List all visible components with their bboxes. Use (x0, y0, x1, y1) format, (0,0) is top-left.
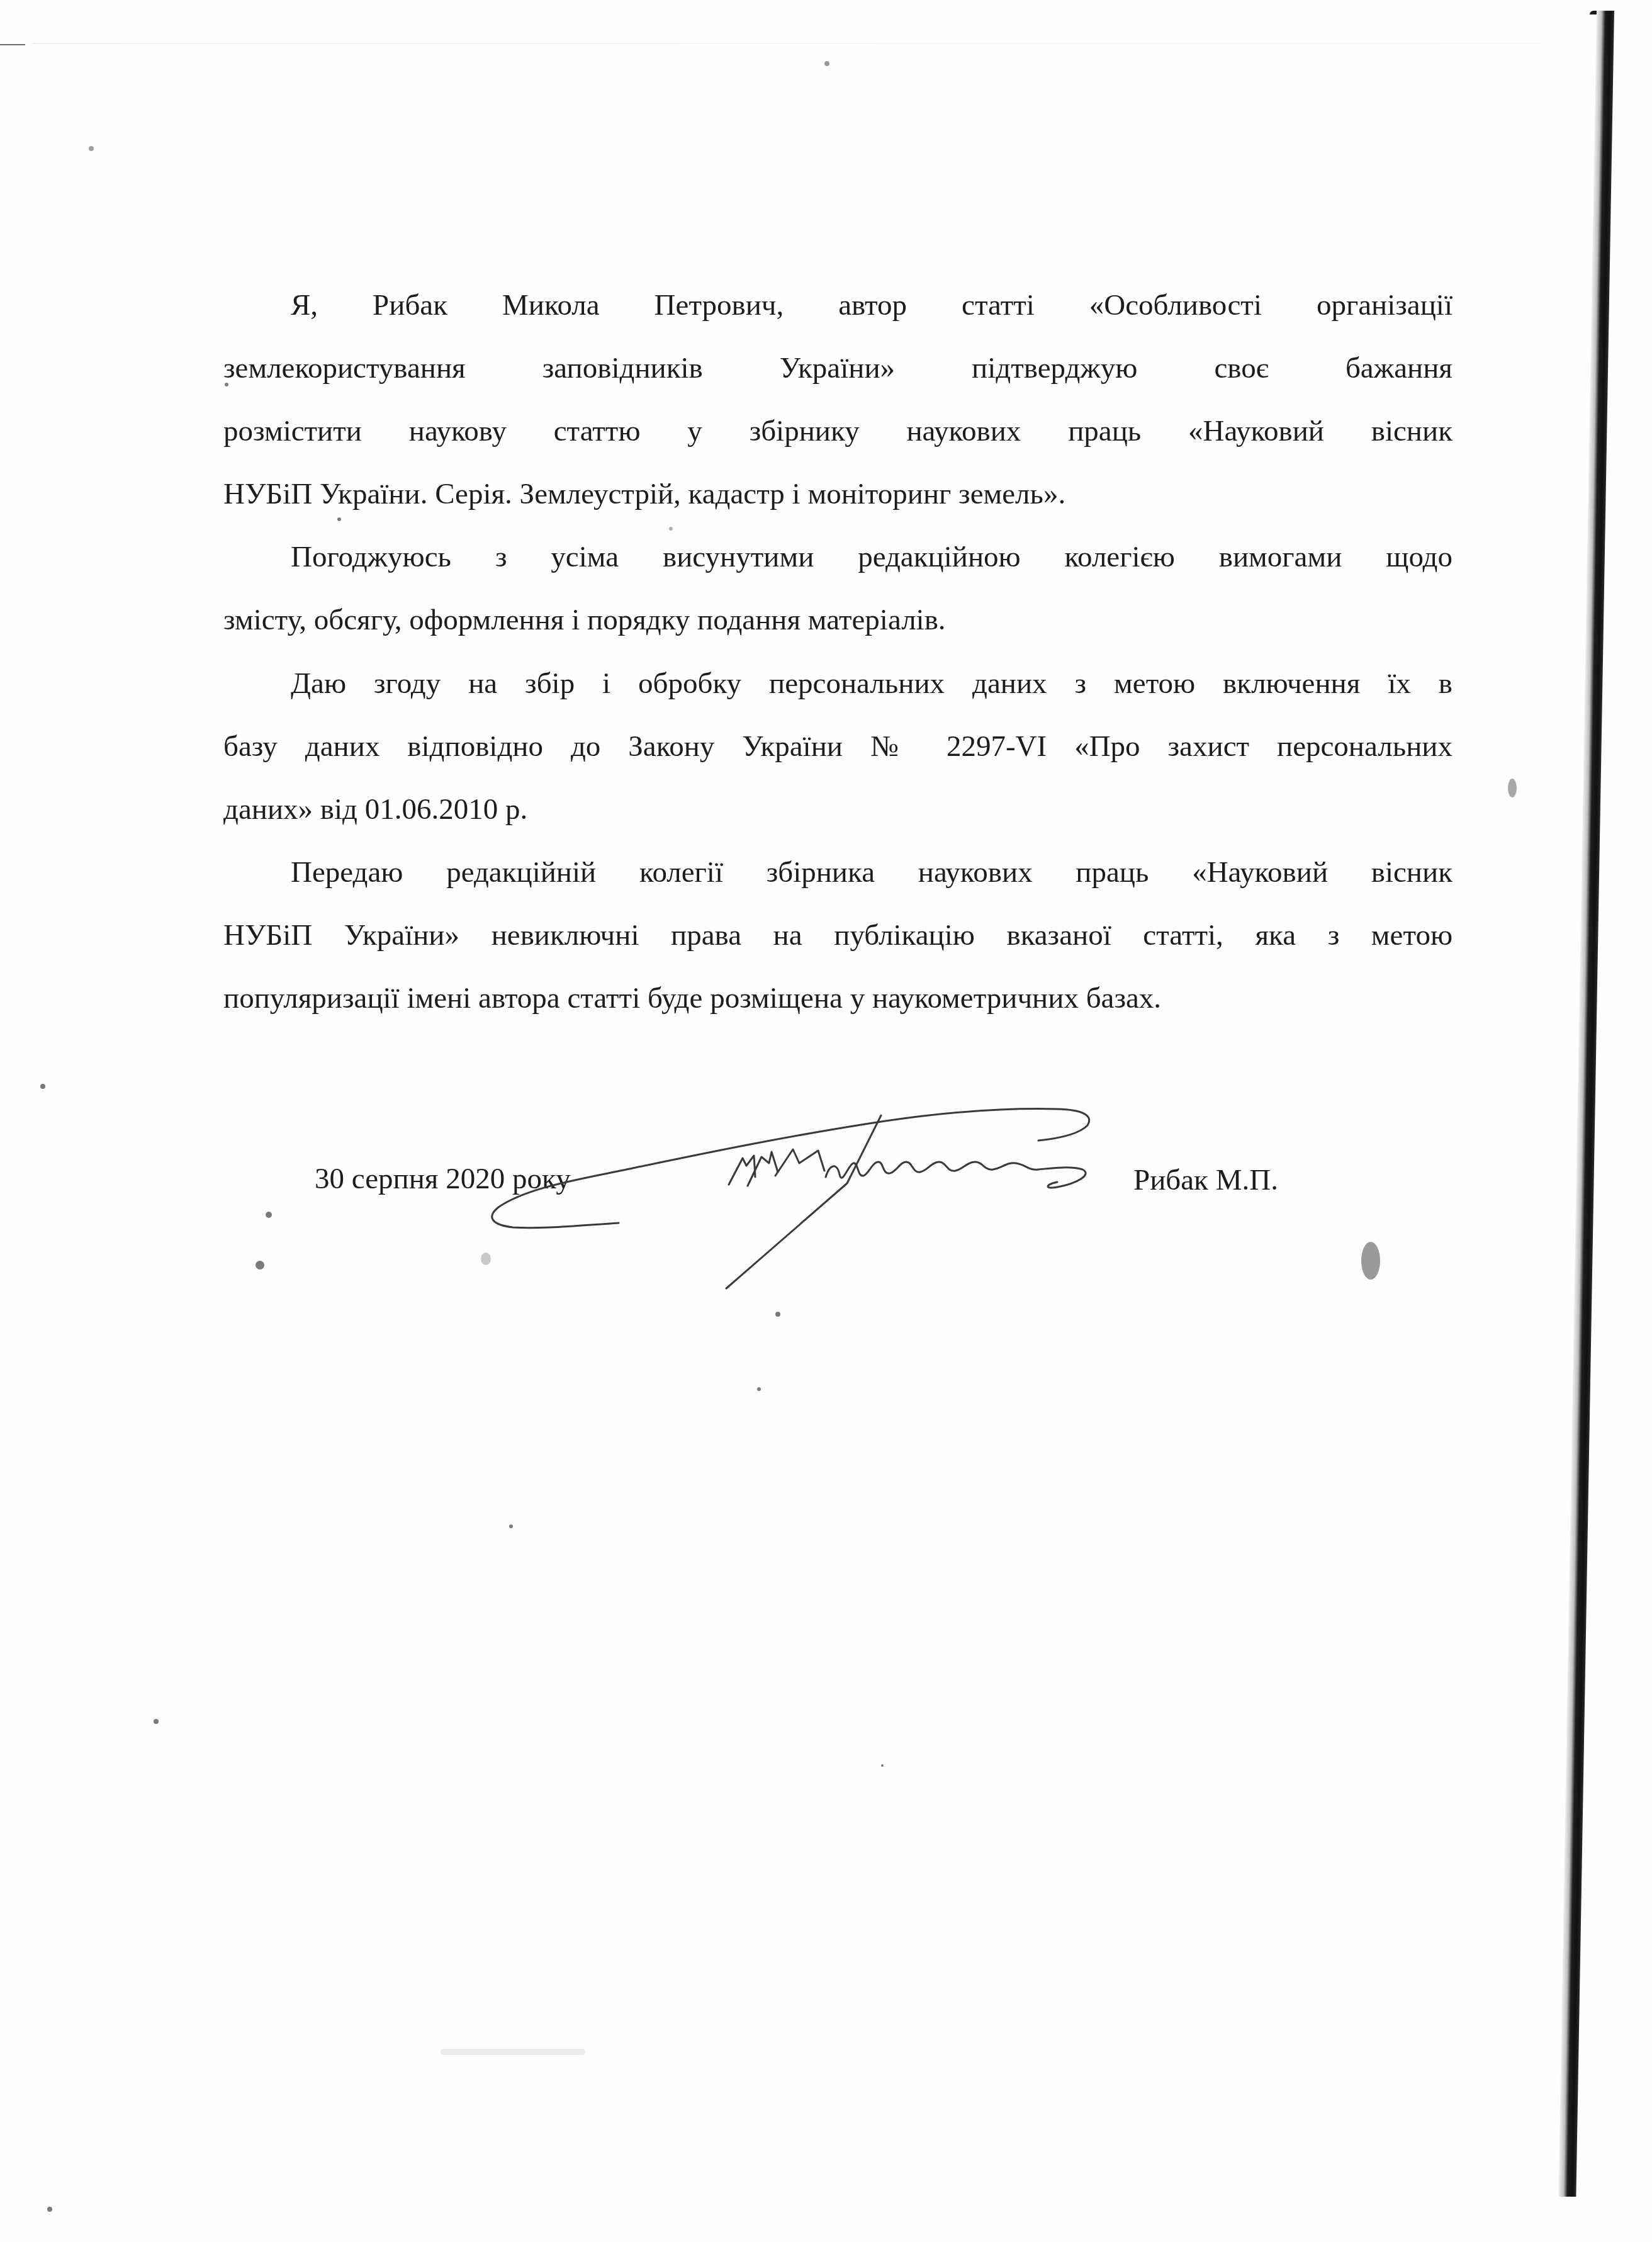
scan-artifact-line (31, 43, 1542, 44)
signature-date: 30 серпня 2020 року (315, 1164, 571, 1194)
paragraph-3-line-1: Даю згоду на збір і обробку персональних… (223, 652, 1453, 715)
paragraph-4-line-2: НУБіП України» невиключні права на публі… (223, 904, 1453, 967)
paragraph-4-line-3: популяризації імені автора статті буде р… (223, 967, 1453, 1030)
statement-body: Я, Рибак Микола Петрович, автор статті «… (223, 274, 1453, 1030)
paragraph-1-line-3: розмістити наукову статтю у збірнику нау… (223, 400, 1453, 463)
paragraph-2-line-2: змісту, обсягу, оформлення і порядку под… (223, 589, 1453, 651)
scanned-page: Я, Рибак Микола Петрович, автор статті «… (0, 0, 1652, 2242)
paragraph-4-line-1: Передаю редакційній колегії збірника нау… (223, 841, 1453, 904)
paragraph-1-line-2: землекористування заповідників України» … (223, 337, 1453, 400)
scan-edge-shadow (1558, 11, 1614, 2197)
signatory-name: Рибак М.П. (1133, 1166, 1278, 1195)
paragraph-1-line-4: НУБіП України. Серія. Землеустрій, кадас… (223, 463, 1453, 526)
paragraph-3-line-2: базу даних відповідно до Закону України … (223, 715, 1453, 778)
paragraph-3-line-3: даних» від 01.06.2010 р. (223, 778, 1453, 841)
paragraph-1-line-1: Я, Рибак Микола Петрович, автор статті «… (223, 274, 1453, 337)
scan-artifact-mark (0, 44, 25, 45)
paragraph-2-line-1: Погоджуюсь з усіма висунутими редакційно… (223, 526, 1453, 589)
